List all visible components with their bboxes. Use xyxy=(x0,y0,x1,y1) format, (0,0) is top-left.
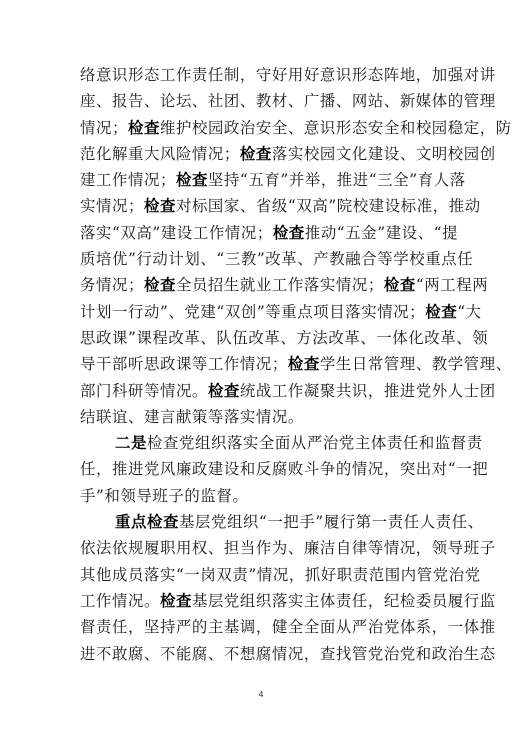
text-segment: 进不敢腐、不能腐、不想腐情况，查找管党治党和政治生态 xyxy=(80,645,496,663)
bold-keyword: 检查 xyxy=(273,224,305,242)
bold-keyword: 检查 xyxy=(425,303,457,321)
text-line: 落实“双高”建设工作情况；检查推动“五金”建设、“提 xyxy=(80,220,448,246)
text-segment: 结联谊、建言献策等落实情况。 xyxy=(80,408,304,426)
text-segment: 基层党组织“一把手”履行第一责任人责任、 xyxy=(179,513,484,531)
page-number: 4 xyxy=(0,690,522,699)
text-line: 络意识形态工作责任制，守好用好意识形态阵地，加强对讲 xyxy=(80,62,448,88)
text-segment: 其他成员落实“一岗双责”情况，抓好职责范围内管党治党 xyxy=(80,566,481,584)
text-line: 范化解重大风险情况；检查落实校园文化建设、文明校园创 xyxy=(80,141,448,167)
text-line: 思政课”课程改革、队伍改革、方法改革、一体化改革、领 xyxy=(80,325,448,351)
text-segment: 统战工作凝聚共识，推进党外人士团 xyxy=(240,382,496,400)
text-segment: 工作情况。 xyxy=(80,592,160,610)
text-line: 情况；检查维护校园政治安全、意识形态安全和校园稳定，防 xyxy=(80,115,448,141)
text-line: 部门科研等情况。检查统战工作凝聚共识，推进党外人士团 xyxy=(80,378,448,404)
text-segment: 建工作情况； xyxy=(80,171,176,189)
document-body: 络意识形态工作责任制，守好用好意识形态阵地，加强对讲座、报告、论坛、社团、教材、… xyxy=(80,62,448,667)
text-segment: 手”和领导班子的监督。 xyxy=(80,487,248,505)
bold-keyword: 检查 xyxy=(208,382,240,400)
text-segment: 对标国家、省级“双高”院校建设标准，推动 xyxy=(176,197,481,215)
text-segment: 坚持“五育”并举，推进“三全”育人落 xyxy=(208,171,466,189)
text-segment: “大 xyxy=(457,303,481,321)
text-segment: 计划一行动”、党建“双创”等重点项目落实情况； xyxy=(80,303,425,321)
bold-keyword: 检查 xyxy=(176,171,208,189)
text-segment: 思政课”课程改革、队伍改革、方法改革、一体化改革、领 xyxy=(80,329,488,347)
text-line: 质培优”行动计划、“三教”改革、产教融合等学校重点任 xyxy=(80,246,448,272)
bold-keyword: 检查 xyxy=(160,592,192,610)
text-line: 导干部听思政课等工作情况；检查学生日常管理、教学管理、 xyxy=(80,351,448,377)
text-line: 进不敢腐、不能腐、不想腐情况，查找管党治党和政治生态 xyxy=(80,641,448,667)
text-line: 实情况；检查对标国家、省级“双高”院校建设标准，推动 xyxy=(80,193,448,219)
text-segment: 范化解重大风险情况； xyxy=(80,145,240,163)
text-segment: 任，推进党风廉政建设和反腐败斗争的情况，突出对“一把 xyxy=(80,460,488,478)
text-line: 其他成员落实“一岗双责”情况，抓好职责范围内管党治党 xyxy=(80,562,448,588)
text-segment: 落实校园文化建设、文明校园创 xyxy=(272,145,496,163)
text-segment: 务情况； xyxy=(80,276,144,294)
text-segment: 落实“双高”建设工作情况； xyxy=(80,224,273,242)
text-segment: 部门科研等情况。 xyxy=(80,382,208,400)
text-segment: 实情况； xyxy=(80,197,144,215)
text-segment: 学生日常管理、教学管理、 xyxy=(320,355,512,373)
bold-keyword: 二是 xyxy=(115,434,147,452)
text-segment: 络意识形态工作责任制，守好用好意识形态阵地，加强对讲 xyxy=(80,66,496,84)
bold-keyword: 重点检查 xyxy=(115,513,179,531)
text-line: 任，推进党风廉政建设和反腐败斗争的情况，突出对“一把 xyxy=(80,456,448,482)
text-segment: 依法依规履职用权、担当作为、廉洁自律等情况，领导班子 xyxy=(80,539,496,557)
text-line: 手”和领导班子的监督。 xyxy=(80,483,448,509)
text-segment: 维护校园政治安全、意识形态安全和校园稳定，防 xyxy=(160,119,512,137)
text-segment: 质培优”行动计划、“三教”改革、产教融合等学校重点任 xyxy=(80,250,473,268)
text-line: 依法依规履职用权、担当作为、廉洁自律等情况，领导班子 xyxy=(80,535,448,561)
text-segment: 情况； xyxy=(80,119,128,137)
text-line: 督责任，坚持严的主基调，健全全面从严治党体系，一体推 xyxy=(80,614,448,640)
text-line: 务情况；检查全员招生就业工作落实情况；检查“两工程两 xyxy=(80,272,448,298)
text-segment: 座、报告、论坛、社团、教材、广播、网站、新媒体的管理 xyxy=(80,92,496,110)
text-segment: 督责任，坚持严的主基调，健全全面从严治党体系，一体推 xyxy=(80,618,496,636)
text-segment: 基层党组织落实主体责任，纪检委员履行监 xyxy=(192,592,496,610)
bold-keyword: 检查 xyxy=(240,145,272,163)
text-line: 工作情况。检查基层党组织落实主体责任，纪检委员履行监 xyxy=(80,588,448,614)
text-line: 计划一行动”、党建“双创”等重点项目落实情况；检查“大 xyxy=(80,299,448,325)
paragraph-first-line: 二是检查党组织落实全面从严治党主体责任和监督责 xyxy=(80,430,448,456)
paragraph-first-line: 重点检查基层党组织“一把手”履行第一责任人责任、 xyxy=(80,509,448,535)
text-segment: 导干部听思政课等工作情况； xyxy=(80,355,288,373)
text-segment: “两工程两 xyxy=(416,276,488,294)
text-segment: 全员招生就业工作落实情况； xyxy=(176,276,384,294)
text-line: 结联谊、建言献策等落实情况。 xyxy=(80,404,448,430)
text-line: 座、报告、论坛、社团、教材、广播、网站、新媒体的管理 xyxy=(80,88,448,114)
bold-keyword: 检查 xyxy=(288,355,320,373)
text-line: 建工作情况；检查坚持“五育”并举，推进“三全”育人落 xyxy=(80,167,448,193)
text-segment: 检查党组织落实全面从严治党主体责任和监督责 xyxy=(147,434,483,452)
text-segment: 推动“五金”建设、“提 xyxy=(305,224,458,242)
bold-keyword: 检查 xyxy=(144,197,176,215)
bold-keyword: 检查 xyxy=(144,276,176,294)
bold-keyword: 检查 xyxy=(128,119,160,137)
document-page: 络意识形态工作责任制，守好用好意识形态阵地，加强对讲座、报告、论坛、社团、教材、… xyxy=(0,0,522,743)
bold-keyword: 检查 xyxy=(384,276,416,294)
